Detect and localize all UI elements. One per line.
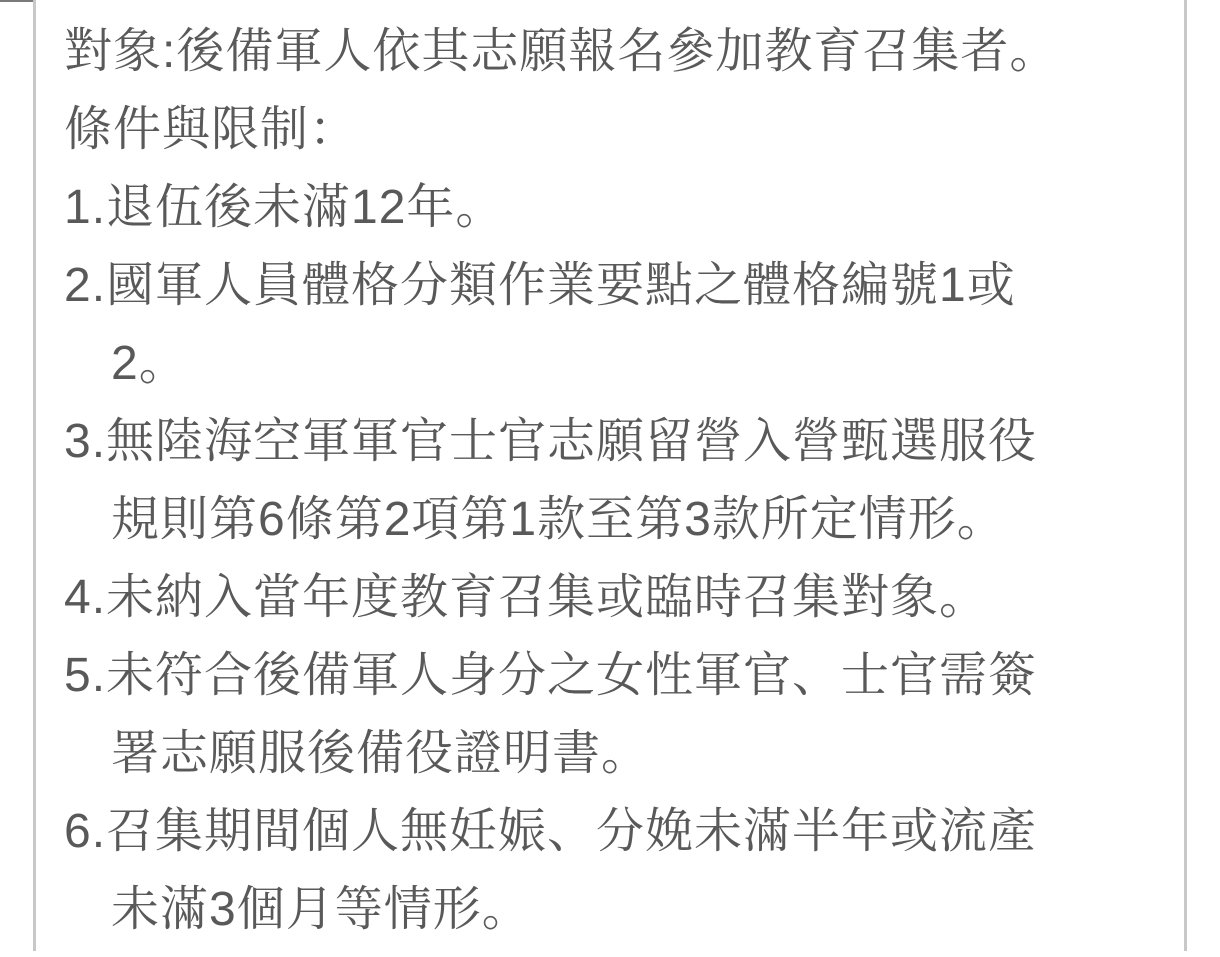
text-line: 5.未符合後備軍人身分之女性軍官、士官需簽 [64, 637, 1174, 715]
text-line: 3.無陸海空軍軍官士官志願留營入營甄選服役 [64, 403, 1174, 481]
cell-top-border [0, 0, 35, 2]
text-line: 1.退伍後未滿12年。 [64, 169, 1174, 247]
text-line: 未滿3個月等情形。 [64, 871, 1174, 949]
text-line: 2.國軍人員體格分類作業要點之體格編號1或 [64, 247, 1174, 325]
text-line: 規則第6條第2項第1款至第3款所定情形。 [64, 481, 1174, 559]
eligibility-text-block: 對象:後備軍人依其志願報名參加教育召集者。條件與限制：1.退伍後未滿12年。2.… [64, 13, 1174, 949]
text-line: 對象:後備軍人依其志願報名參加教育召集者。 [64, 13, 1174, 91]
text-line: 條件與限制： [64, 91, 1174, 169]
cell-right-border [1184, 0, 1187, 951]
table-cell: 對象:後備軍人依其志願報名參加教育召集者。條件與限制：1.退伍後未滿12年。2.… [0, 0, 1220, 957]
text-line: 2。 [64, 325, 1174, 403]
text-line: 4.未納入當年度教育召集或臨時召集對象。 [64, 559, 1174, 637]
text-line: 6.召集期間個人無妊娠、分娩未滿半年或流產 [64, 793, 1174, 871]
text-line: 署志願服後備役證明書。 [64, 715, 1174, 793]
cell-left-border [33, 0, 36, 951]
